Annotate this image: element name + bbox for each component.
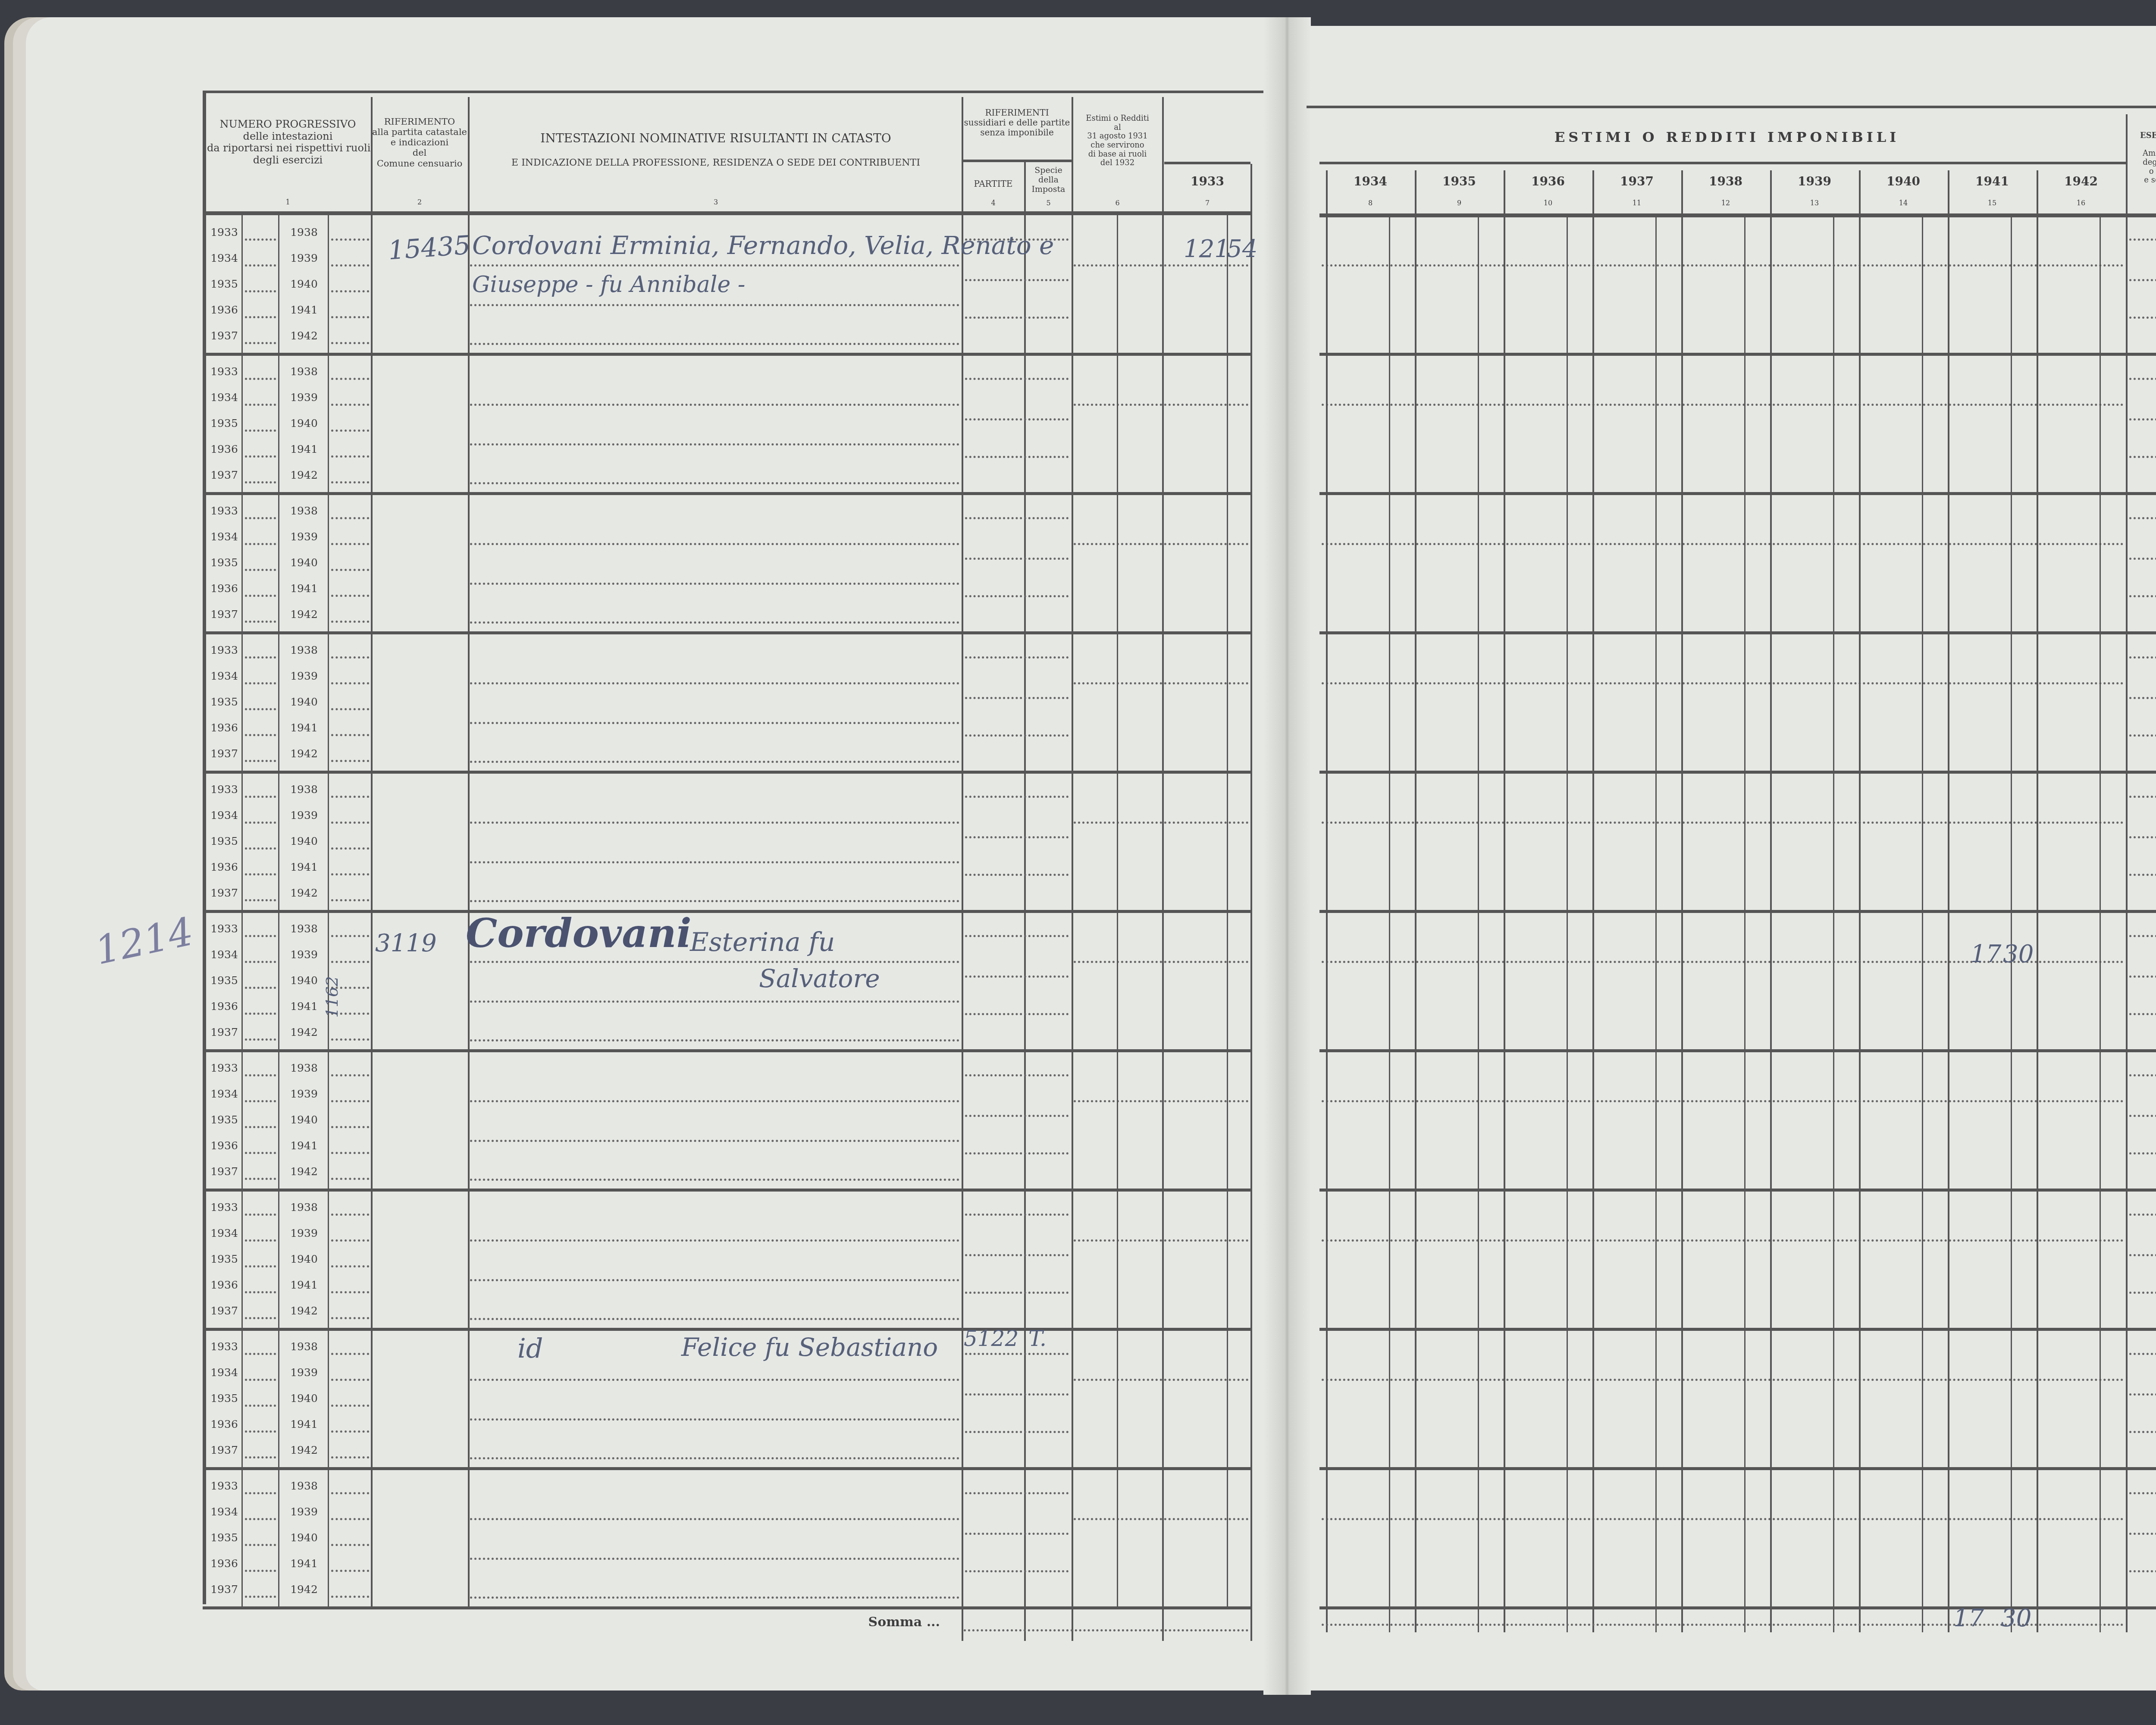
value-dotted-line bbox=[1074, 1239, 1248, 1242]
block-rule bbox=[1319, 353, 2156, 356]
row-dotted bbox=[245, 1492, 276, 1494]
row-year-left: 1935 bbox=[207, 278, 241, 291]
row-dotted bbox=[331, 1570, 369, 1572]
value-dotted-line bbox=[1074, 543, 1248, 545]
ref-dotted-line bbox=[965, 517, 1069, 519]
row-dotted bbox=[331, 1214, 369, 1216]
row-year-right: 1940 bbox=[287, 1532, 321, 1544]
row-year-right: 1942 bbox=[287, 469, 321, 482]
row-year-left: 1935 bbox=[207, 1253, 241, 1266]
right-header-bottom-rule bbox=[1319, 213, 2156, 217]
row-dotted bbox=[245, 847, 276, 850]
cent-subcol-sep bbox=[1478, 213, 1479, 1632]
row-year-left: 1937 bbox=[207, 1166, 241, 1178]
row-year-right: 1938 bbox=[287, 923, 321, 935]
row-dotted bbox=[245, 595, 276, 597]
col6-line: di base ai ruoli bbox=[1073, 150, 1162, 159]
row-year-left: 1933 bbox=[207, 644, 241, 657]
block-rule bbox=[203, 1467, 1250, 1470]
name-dotted-line bbox=[470, 1596, 959, 1599]
row-dotted bbox=[245, 316, 276, 318]
row-year-left: 1934 bbox=[207, 1227, 241, 1240]
col1-number: 1 bbox=[207, 198, 369, 206]
row-dotted bbox=[331, 1265, 369, 1267]
row-dotted bbox=[331, 873, 369, 875]
row-year-right: 1941 bbox=[287, 1000, 321, 1013]
block-rule bbox=[1319, 910, 2156, 913]
col2-title: RIFERIMENTO bbox=[372, 116, 467, 127]
row-year-left: 1934 bbox=[207, 1506, 241, 1518]
block-rule bbox=[203, 771, 1250, 774]
row-dotted bbox=[331, 1100, 369, 1102]
name-dotted-line bbox=[470, 621, 959, 624]
cent-subcol-sep bbox=[1922, 213, 1923, 1632]
col1-line: delle intestazioni bbox=[207, 131, 369, 143]
value-dotted-line bbox=[1322, 682, 2124, 684]
row-dotted bbox=[245, 1353, 276, 1355]
col6-line: 31 agosto 1931 bbox=[1073, 132, 1162, 141]
row-year-left: 1933 bbox=[207, 923, 241, 935]
row-dotted bbox=[331, 404, 369, 406]
name-dotted-line bbox=[470, 1318, 959, 1320]
row-year-left: 1933 bbox=[207, 366, 241, 378]
esenzioni-line: e scadenze bbox=[2128, 176, 2156, 185]
year-header-1942: 1942 bbox=[2037, 175, 2125, 188]
row-year-right: 1940 bbox=[287, 417, 321, 430]
block-rule bbox=[203, 353, 1250, 356]
year-header-1941: 1941 bbox=[1948, 175, 2037, 188]
row-dotted bbox=[245, 1074, 276, 1076]
year-col-number: 11 bbox=[1592, 199, 1681, 207]
name-dotted-line bbox=[470, 1039, 959, 1041]
row-dotted bbox=[331, 734, 369, 736]
entry-1-name-line2: Giuseppe - fu Annibale - bbox=[472, 272, 745, 298]
row-year-left: 1935 bbox=[207, 1114, 241, 1126]
ref-dotted-line bbox=[965, 1353, 1069, 1355]
name-dotted-line bbox=[470, 1457, 959, 1459]
row-dotted bbox=[245, 1152, 276, 1154]
row-year-right: 1941 bbox=[287, 304, 321, 317]
cent-subcol-sep bbox=[2100, 213, 2101, 1632]
name-dotted-line bbox=[470, 1239, 959, 1242]
esenzioni-dotted-line bbox=[2129, 378, 2156, 380]
header-bottom-rule bbox=[203, 211, 1250, 215]
row-dotted bbox=[331, 316, 369, 318]
ref-dotted-line bbox=[965, 975, 1069, 978]
col5-header: Specie della Imposta bbox=[1025, 166, 1072, 194]
row-dotted bbox=[331, 1239, 369, 1242]
esenzioni-dotted-line bbox=[2129, 935, 2156, 937]
year-col-sep bbox=[1504, 170, 1505, 1632]
left-page bbox=[26, 17, 1307, 1690]
row-dotted bbox=[245, 734, 276, 736]
ref-dotted-line bbox=[965, 1292, 1069, 1294]
entry-9-partite: 5122 bbox=[964, 1326, 1018, 1351]
row-year-left: 1936 bbox=[207, 722, 241, 734]
row-dotted bbox=[331, 796, 369, 798]
row-year-left: 1934 bbox=[207, 949, 241, 961]
row-dotted bbox=[331, 569, 369, 571]
esenzioni-line: o redditi bbox=[2128, 167, 2156, 176]
year-col-sep bbox=[1415, 170, 1416, 1632]
col2-line: Comune censuario bbox=[372, 158, 467, 169]
ref-dotted-line bbox=[965, 595, 1069, 597]
esenzioni-dash: — bbox=[2128, 141, 2156, 150]
row-dotted bbox=[245, 1544, 276, 1546]
row-year-right: 1940 bbox=[287, 975, 321, 987]
name-dotted-line bbox=[470, 1418, 959, 1421]
name-dotted-line bbox=[470, 900, 959, 902]
col-sep-16-17 bbox=[2126, 114, 2128, 1632]
col-sep-7-end bbox=[1250, 164, 1252, 1641]
row-year-left: 1936 bbox=[207, 583, 241, 595]
year-header-1938: 1938 bbox=[1681, 175, 1770, 188]
row-dotted bbox=[245, 1038, 276, 1041]
row-year-right: 1942 bbox=[287, 748, 321, 760]
row-year-left: 1933 bbox=[207, 1341, 241, 1353]
name-dotted-line bbox=[470, 1179, 959, 1181]
esenzioni-dotted-line bbox=[2129, 1492, 2156, 1494]
year-header-1935: 1935 bbox=[1415, 175, 1504, 188]
row-dotted bbox=[331, 1492, 369, 1494]
row-year-left: 1934 bbox=[207, 670, 241, 683]
row-dotted bbox=[331, 708, 369, 710]
col45-line: sussidiari e delle partite bbox=[962, 118, 1072, 128]
year-col-number: 9 bbox=[1415, 199, 1504, 207]
row-dotted bbox=[331, 430, 369, 432]
row-year-left: 1937 bbox=[207, 1026, 241, 1039]
name-dotted-line bbox=[470, 961, 959, 963]
row-year-right: 1941 bbox=[287, 1418, 321, 1431]
name-dotted-line bbox=[470, 682, 959, 684]
col-sep-4-5 bbox=[1024, 160, 1026, 1641]
right-top-border bbox=[1307, 106, 2156, 108]
esenzioni-dotted-line bbox=[2129, 1074, 2156, 1076]
right-page bbox=[1298, 26, 2156, 1690]
row-year-left: 1935 bbox=[207, 1532, 241, 1544]
row-year-right: 1938 bbox=[287, 366, 321, 378]
value-dotted-line bbox=[1074, 264, 1248, 267]
esenzioni-dotted-line bbox=[2129, 1115, 2156, 1117]
name-dotted-line bbox=[470, 404, 959, 406]
ref-dotted-line bbox=[965, 279, 1069, 281]
row-year-left: 1937 bbox=[207, 887, 241, 900]
esenzioni-dotted-line bbox=[2129, 1393, 2156, 1396]
row-year-left: 1936 bbox=[207, 304, 241, 317]
entry-6-surname: Cordovani bbox=[466, 910, 692, 957]
row-dotted bbox=[331, 595, 369, 597]
row-dotted bbox=[245, 1239, 276, 1242]
years-top-rule bbox=[1319, 162, 2126, 164]
entry-6-1941-lire: 17 bbox=[1971, 940, 2001, 968]
row-year-right: 1939 bbox=[287, 252, 321, 265]
year-col-number: 8 bbox=[1326, 199, 1415, 207]
col5-line: Imposta bbox=[1025, 185, 1072, 194]
entry-1-1933-cent: 54 bbox=[1227, 235, 1257, 263]
ref-dotted-line bbox=[965, 1533, 1069, 1535]
row-year-right: 1940 bbox=[287, 1393, 321, 1405]
row-year-left: 1933 bbox=[207, 784, 241, 796]
ref-dotted-line bbox=[965, 558, 1069, 560]
year-col-number: 10 bbox=[1504, 199, 1592, 207]
row-year-right: 1940 bbox=[287, 696, 321, 709]
cent-subcol-sep bbox=[1117, 213, 1118, 1606]
col6-number: 6 bbox=[1073, 199, 1162, 207]
row-dotted bbox=[245, 1430, 276, 1433]
year-col-number: 14 bbox=[1859, 199, 1948, 207]
row-dotted bbox=[245, 264, 276, 267]
row-year-left: 1935 bbox=[207, 696, 241, 709]
row-year-right: 1942 bbox=[287, 1444, 321, 1457]
row-dotted bbox=[245, 543, 276, 545]
name-dotted-line bbox=[470, 264, 959, 267]
row-year-right: 1941 bbox=[287, 722, 321, 734]
row-dotted bbox=[331, 238, 369, 241]
col4-title: PARTITE bbox=[962, 179, 1024, 189]
year-col-sep bbox=[1770, 170, 1772, 1632]
row-dotted bbox=[331, 378, 369, 380]
block-rule bbox=[203, 910, 1250, 913]
block-rule bbox=[203, 1189, 1250, 1192]
row-dotted bbox=[245, 290, 276, 292]
row-year-right: 1941 bbox=[287, 1140, 321, 1152]
value-dotted-line bbox=[1074, 404, 1248, 406]
row-year-right: 1940 bbox=[287, 1253, 321, 1266]
name-dotted-line bbox=[470, 722, 959, 724]
col4-number: 4 bbox=[962, 199, 1024, 207]
cent-subcol-sep bbox=[1227, 213, 1228, 1606]
row-dotted bbox=[331, 342, 369, 344]
row-dotted bbox=[245, 1518, 276, 1520]
esenzioni-dotted-line bbox=[2129, 1214, 2156, 1216]
cent-subcol-sep bbox=[1655, 213, 1657, 1632]
entry-9-specie: T. bbox=[1028, 1326, 1047, 1351]
col45-title: RIFERIMENTI bbox=[962, 108, 1072, 118]
ref-dotted-line bbox=[965, 1570, 1069, 1572]
row-dotted bbox=[331, 1405, 369, 1407]
esenzioni-dotted-line bbox=[2129, 517, 2156, 519]
esenzioni-dotted-line bbox=[2129, 1431, 2156, 1433]
row-dotted bbox=[331, 264, 369, 267]
esenzioni-dotted-line bbox=[2129, 836, 2156, 838]
row-year-left: 1935 bbox=[207, 835, 241, 848]
col6-line: al bbox=[1073, 123, 1162, 132]
row-year-left: 1935 bbox=[207, 1393, 241, 1405]
col2-line: e indicazioni bbox=[372, 137, 467, 147]
row-dotted bbox=[245, 987, 276, 989]
esenzioni-dotted-line bbox=[2129, 238, 2156, 241]
row-dotted bbox=[331, 1317, 369, 1319]
row-year-left: 1934 bbox=[207, 1367, 241, 1379]
row-dotted bbox=[331, 899, 369, 901]
row-year-right: 1938 bbox=[287, 784, 321, 796]
row-year-right: 1939 bbox=[287, 1227, 321, 1240]
row-year-left: 1936 bbox=[207, 1558, 241, 1570]
row-dotted bbox=[331, 481, 369, 483]
row-year-right: 1939 bbox=[287, 531, 321, 543]
row-year-left: 1937 bbox=[207, 1444, 241, 1457]
row-year-left: 1936 bbox=[207, 1140, 241, 1152]
col6-line: del 1932 bbox=[1073, 159, 1162, 168]
row-dotted bbox=[331, 656, 369, 659]
somma-1941-cent: 30 bbox=[2001, 1604, 2031, 1632]
col-sep-5-6 bbox=[1072, 97, 1073, 1641]
row-dotted bbox=[331, 961, 369, 963]
row-dotted bbox=[331, 1178, 369, 1180]
col5-line: Specie bbox=[1025, 166, 1072, 176]
row-year-left: 1933 bbox=[207, 1201, 241, 1214]
row-year-left: 1934 bbox=[207, 392, 241, 404]
row-year-left: 1936 bbox=[207, 1000, 241, 1013]
row-dotted bbox=[245, 238, 276, 241]
row-year-right: 1938 bbox=[287, 644, 321, 657]
ref-dotted-line bbox=[965, 1492, 1069, 1494]
cent-subcol-sep bbox=[2011, 213, 2012, 1632]
year-col-number: 13 bbox=[1770, 199, 1859, 207]
block-rule bbox=[1319, 1467, 2156, 1470]
value-dotted-line bbox=[1074, 682, 1248, 684]
esenzioni-dotted-line bbox=[2129, 874, 2156, 876]
esenzioni-title: ESENZIONI bbox=[2128, 132, 2156, 141]
row-dotted bbox=[245, 621, 276, 623]
esenzioni-dotted-line bbox=[2129, 656, 2156, 659]
row-year-right: 1941 bbox=[287, 443, 321, 456]
somma-dotted-line bbox=[964, 1629, 1248, 1631]
col2-header: RIFERIMENTO alla partita catastale e ind… bbox=[372, 116, 467, 169]
row-year-right: 1940 bbox=[287, 278, 321, 291]
row-year-right: 1939 bbox=[287, 1088, 321, 1101]
year-col-sep bbox=[1859, 170, 1861, 1632]
row-dotted bbox=[331, 1152, 369, 1154]
row-year-right: 1939 bbox=[287, 809, 321, 822]
row-year-right: 1942 bbox=[287, 608, 321, 621]
row-year-right: 1941 bbox=[287, 1558, 321, 1570]
row-year-left: 1933 bbox=[207, 1480, 241, 1493]
row-dotted bbox=[245, 708, 276, 710]
col45-header: RIFERIMENTI sussidiari e delle partite s… bbox=[962, 108, 1072, 138]
row-year-left: 1937 bbox=[207, 330, 241, 342]
col-sep-1-2 bbox=[371, 97, 373, 1606]
value-dotted-line bbox=[1074, 1379, 1248, 1381]
row-dotted bbox=[331, 1353, 369, 1355]
row-year-right: 1940 bbox=[287, 835, 321, 848]
row-year-left: 1934 bbox=[207, 809, 241, 822]
name-dotted-line bbox=[470, 482, 959, 484]
row-dotted bbox=[245, 961, 276, 963]
col-sep-6-7 bbox=[1162, 97, 1164, 1641]
row-dotted bbox=[245, 1405, 276, 1407]
name-dotted-line bbox=[470, 822, 959, 824]
row-dotted bbox=[245, 455, 276, 458]
row-year-left: 1937 bbox=[207, 608, 241, 621]
row-dotted bbox=[245, 404, 276, 406]
ref-dotted-line bbox=[965, 317, 1069, 319]
col5-number: 5 bbox=[1025, 199, 1072, 207]
row-year-left: 1936 bbox=[207, 1418, 241, 1431]
col-sep-3-4 bbox=[962, 97, 963, 1641]
entry-1-riferimento: 15435 bbox=[387, 230, 471, 266]
esenzioni-dotted-line bbox=[2129, 1254, 2156, 1256]
col45-line: senza imponibile bbox=[962, 128, 1072, 138]
name-dotted-line bbox=[470, 304, 959, 306]
esenzioni-dotted-line bbox=[2129, 796, 2156, 798]
row-year-right: 1942 bbox=[287, 330, 321, 342]
ref-dotted-line bbox=[965, 697, 1069, 699]
row-dotted bbox=[331, 1430, 369, 1433]
value-dotted-line bbox=[1074, 1518, 1248, 1520]
cent-subcol-sep bbox=[1744, 213, 1745, 1632]
row-dotted bbox=[245, 1100, 276, 1102]
col1-title: NUMERO PROGRESSIVO bbox=[207, 119, 369, 131]
col2-line: alla partita catastale bbox=[372, 127, 467, 137]
year-col-sep bbox=[1326, 170, 1328, 1632]
row-year-right: 1939 bbox=[287, 392, 321, 404]
entry-9-surname-idem: id bbox=[517, 1333, 543, 1364]
row-dotted bbox=[245, 760, 276, 762]
block-rule bbox=[1319, 1328, 2156, 1331]
row-dotted bbox=[245, 378, 276, 380]
ref-dotted-line bbox=[965, 874, 1069, 876]
col3-number: 3 bbox=[470, 198, 962, 206]
block-rule bbox=[203, 492, 1250, 495]
year-header-1936: 1936 bbox=[1504, 175, 1592, 188]
year-col-number: 12 bbox=[1681, 199, 1770, 207]
entry-1-1933-lire: 121 bbox=[1184, 235, 1230, 263]
row-dotted bbox=[331, 822, 369, 824]
row-year-left: 1933 bbox=[207, 505, 241, 517]
block-rule bbox=[203, 1049, 1250, 1052]
ref-dotted-line bbox=[965, 734, 1069, 737]
year-col-sep bbox=[1592, 170, 1594, 1632]
name-dotted-line bbox=[470, 1000, 959, 1003]
row-year-right: 1938 bbox=[287, 1341, 321, 1353]
right-title: ESTIMI O REDDITI IMPONIBILI bbox=[1328, 129, 2126, 145]
ref-dotted-line bbox=[965, 456, 1069, 458]
row-dotted bbox=[245, 430, 276, 432]
value-dotted-line bbox=[1322, 1518, 2124, 1520]
esenzioni-dotted-line bbox=[2129, 456, 2156, 458]
value-dotted-line bbox=[1322, 1239, 2124, 1242]
row-dotted bbox=[331, 1596, 369, 1598]
ref-dotted-line bbox=[965, 1115, 1069, 1117]
name-dotted-line bbox=[470, 1279, 959, 1281]
row-dotted bbox=[245, 1013, 276, 1015]
esenzioni-header: ESENZIONI — Ammontare degli estimi o red… bbox=[2128, 132, 2156, 185]
ref-dotted-line bbox=[965, 378, 1069, 380]
col2-number: 2 bbox=[372, 198, 467, 206]
value-dotted-line bbox=[1322, 1100, 2124, 1102]
entry-6-1941-cent: 30 bbox=[2003, 940, 2034, 968]
row-year-right: 1939 bbox=[287, 670, 321, 683]
cent-subcol-sep bbox=[1389, 213, 1390, 1632]
esenzioni-dotted-line bbox=[2129, 595, 2156, 597]
row-year-right: 1938 bbox=[287, 1480, 321, 1493]
row-dotted bbox=[331, 1379, 369, 1381]
entry-6-name-line1: Esterina fu bbox=[690, 927, 835, 957]
year-header-1934: 1934 bbox=[1326, 175, 1415, 188]
ref-dotted-line bbox=[965, 1013, 1069, 1015]
name-dotted-line bbox=[470, 1100, 959, 1102]
ref-dotted-line bbox=[965, 656, 1069, 659]
value-dotted-line bbox=[1322, 543, 2124, 545]
name-dotted-line bbox=[470, 761, 959, 763]
somma-1941-lire: 17 bbox=[1953, 1604, 1984, 1632]
row-year-left: 1934 bbox=[207, 252, 241, 265]
row-dotted bbox=[245, 1379, 276, 1381]
row-year-left: 1936 bbox=[207, 443, 241, 456]
row-dotted bbox=[245, 1265, 276, 1267]
row-year-right: 1940 bbox=[287, 557, 321, 569]
